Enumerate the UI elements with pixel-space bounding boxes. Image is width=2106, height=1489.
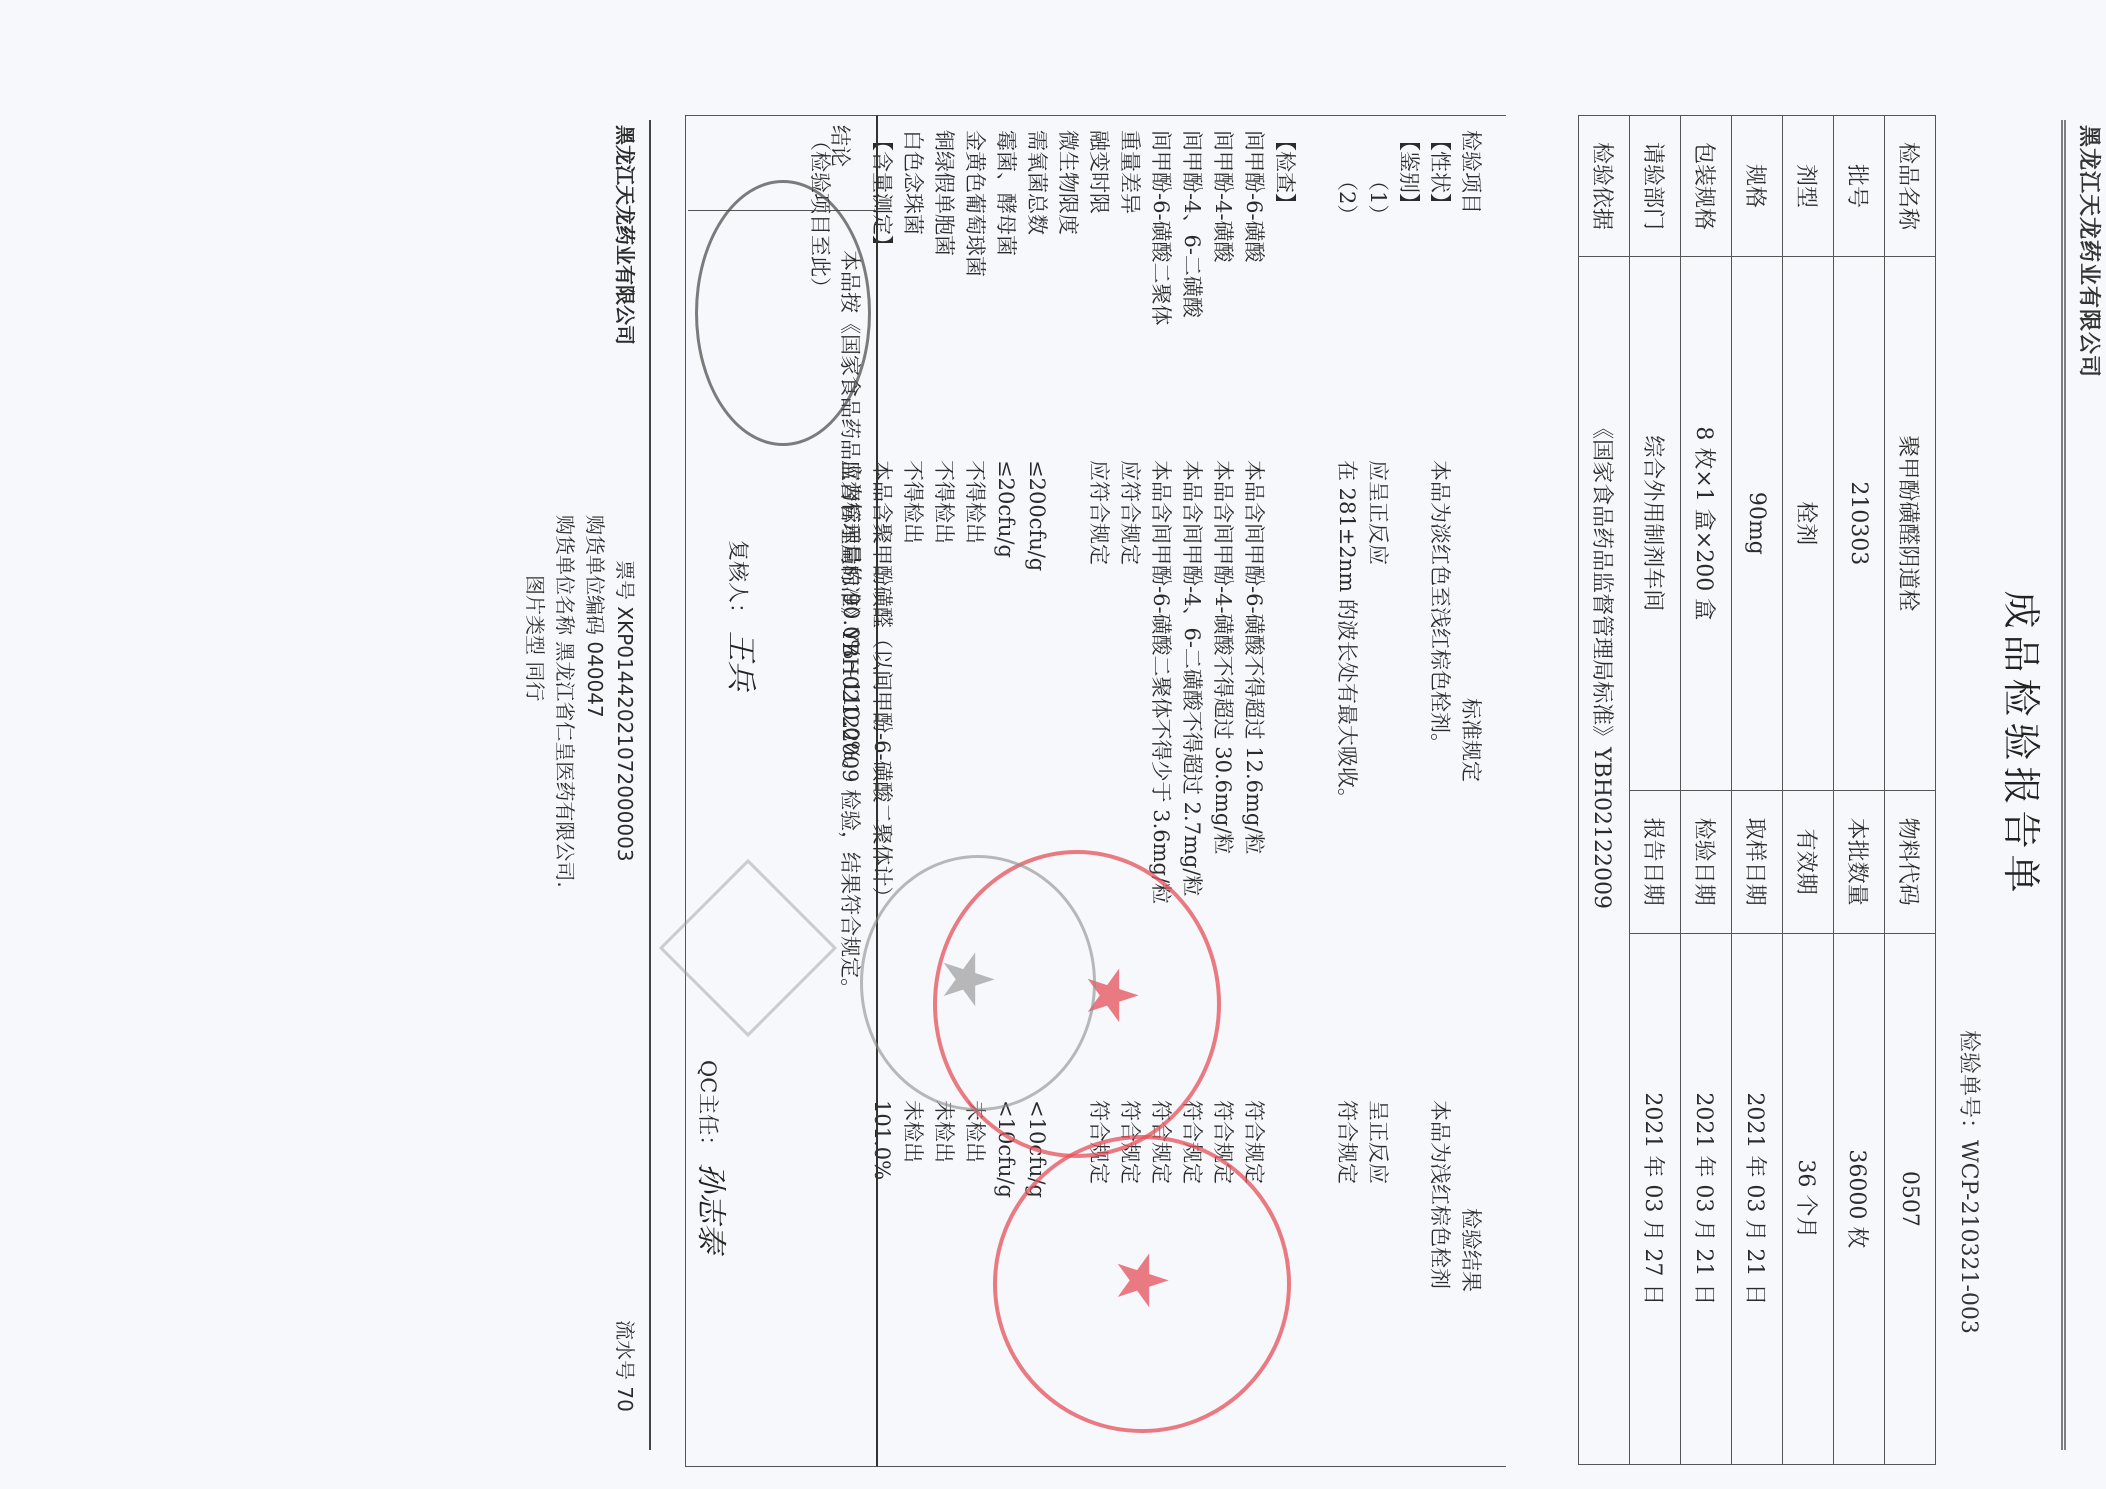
info-label: 包装规格: [1681, 116, 1732, 257]
test-item: 间甲酚-6-磺酸二聚体: [1145, 130, 1176, 326]
test-result: [1393, 1100, 1424, 1400]
test-item: 微生物限度: [1052, 130, 1083, 326]
info-label2: 取样日期: [1732, 790, 1783, 933]
report-number: 检验单号：WCP-210321-003: [1955, 1030, 1986, 1334]
info-label: 剂型: [1783, 116, 1834, 257]
test-result: [1052, 1100, 1083, 1400]
info-label: 规格: [1732, 116, 1783, 257]
test-item: （2）: [1331, 130, 1362, 326]
inspection-report-page: 黑龙江天龙药业有限公司 成品检验报告单 检验单号：WCP-210321-003 …: [0, 0, 2106, 1489]
test-item: 霉菌、酵母菌: [990, 130, 1021, 326]
info-label: 请验部门: [1630, 116, 1681, 257]
info-row: 请验部门综合外用制剂车间报告日期2021 年 03 月 27 日: [1630, 116, 1681, 1465]
buyer-name-label: 购货单位名称: [553, 515, 577, 635]
test-result: <10cfu/g: [1021, 1100, 1052, 1400]
info-value: 聚甲酚磺醛阴道栓: [1885, 257, 1936, 790]
test-result: [1300, 1100, 1331, 1400]
test-item: 需氧菌总数: [1021, 130, 1052, 326]
conclusion-label: 结论: [826, 125, 856, 205]
test-item: 间甲酚-4-磺酸: [1207, 130, 1238, 326]
info-row: 剂型栓剂有效期36 个月: [1783, 116, 1834, 1465]
test-standard: 本品含间甲酚-6-磺酸不得超过 12.6mg/粒: [1238, 460, 1269, 1020]
test-standard: 不得检出: [959, 460, 990, 1020]
test-result: 符合规定: [1114, 1100, 1145, 1400]
qc-label: QC主任：: [696, 1060, 720, 1156]
qc-signature: 孙志泰: [693, 1163, 728, 1253]
test-standard: 应符合规定: [1114, 460, 1145, 1020]
test-item: 白色念珠菌: [897, 130, 928, 326]
ticket-label: 票号: [613, 560, 637, 600]
info-value2: 36 个月: [1783, 933, 1834, 1464]
qc-director: QC主任： 孙志泰: [692, 1060, 736, 1253]
footer-buyer-name: 购货单位名称 黑龙江省仁皇医药有限公司.: [552, 515, 581, 888]
test-result: 符合规定: [1238, 1100, 1269, 1400]
results-column: 检验结果 本品为浅红棕色栓剂呈正反应符合规定符合规定符合规定符合规定符合规定符合…: [804, 1100, 1486, 1400]
info-value2: 0507: [1885, 933, 1936, 1464]
items-header: 检验项目: [1455, 130, 1486, 326]
buyer-name-value: 黑龙江省仁皇医药有限公司.: [553, 641, 577, 887]
info-label: 检品名称: [1885, 116, 1936, 257]
test-result: 呈正反应: [1362, 1100, 1393, 1400]
test-item: 金黄色葡萄球菌: [959, 130, 990, 326]
test-result: 符合规定: [1207, 1100, 1238, 1400]
results-header: 检验结果: [1455, 1100, 1486, 1400]
footer-company: 黑龙江天龙药业有限公司: [612, 125, 641, 345]
test-item: 铜绿假单胞菌: [928, 130, 959, 326]
test-item: 【性状】: [1424, 130, 1455, 326]
test-standard: 本品含间甲酚-6-磺酸二聚体不得少于 3.6mg/粒: [1145, 460, 1176, 1020]
basis-label: 检验依据: [1579, 116, 1630, 257]
test-result: 未检出: [897, 1100, 928, 1400]
info-label: 批号: [1834, 116, 1885, 257]
info-row: 规格90mg取样日期2021 年 03 月 21 日: [1732, 116, 1783, 1465]
product-info-table: 检品名称聚甲酚磺醛阴道栓物料代码0507批号210303本批数量36000 枚剂…: [1578, 115, 1936, 1465]
test-item: （1）: [1362, 130, 1393, 326]
test-standard: 应呈正反应: [1362, 460, 1393, 1020]
info-label2: 物料代码: [1885, 790, 1936, 933]
conclusion-text: 本品按《国家食品药品监督管理局标准》YBH02122009 检验，结果符合规定。: [836, 250, 866, 999]
header-company-name: 黑龙江天龙药业有限公司: [2075, 125, 2106, 378]
reviewer-label: 复核人：: [726, 540, 750, 624]
info-label2: 本批数量: [1834, 790, 1885, 933]
test-standard: [1393, 460, 1424, 1020]
report-number-value: WCP-210321-003: [1956, 1140, 1981, 1334]
test-result: [1269, 1100, 1300, 1400]
test-item: 融变时限: [1083, 130, 1114, 326]
footer-image-type: 图片类型 同行: [522, 575, 551, 701]
info-row: 检品名称聚甲酚磺醛阴道栓物料代码0507: [1885, 116, 1936, 1465]
test-standard: ≤200cfu/g: [1021, 460, 1052, 1020]
test-standard: 应符合规定: [1083, 460, 1114, 1020]
report-number-label: 检验单号：: [1956, 1030, 1981, 1140]
test-item: 【鉴别】: [1393, 130, 1424, 326]
info-label2: 有效期: [1783, 790, 1834, 933]
test-standard: 在 281±2nm 的波长处有最大吸收。: [1331, 460, 1362, 1020]
basis-value: 《国家食品药品监督管理局标准》YBH02122009: [1579, 257, 1630, 1465]
test-result: 符合规定: [1331, 1100, 1362, 1400]
ticket-value: XKP01442021072000003: [613, 606, 637, 861]
info-value2: 36000 枚: [1834, 933, 1885, 1464]
buyer-code-label: 购货单位编码: [583, 515, 607, 635]
footer-ticket: 票号 XKP01442021072000003: [612, 560, 641, 862]
test-result: 本品为浅红棕色栓剂: [1424, 1100, 1455, 1400]
test-standard: [1300, 460, 1331, 1020]
test-standard: [1052, 460, 1083, 1020]
test-item: 间甲酚-6-磺酸: [1238, 130, 1269, 326]
serial-value: 70: [613, 1386, 637, 1411]
test-result: 未检出: [928, 1100, 959, 1400]
test-item: 重量差异: [1114, 130, 1145, 326]
standards-header: 标准规定: [1455, 460, 1486, 1020]
info-value: 210303: [1834, 257, 1885, 790]
test-standard: [1269, 460, 1300, 1020]
info-value2: 2021 年 03 月 21 日: [1732, 933, 1783, 1464]
test-standard: 本品为淡红色至浅红棕色栓剂。: [1424, 460, 1455, 1020]
test-standard: 本品含间甲酚-4、6-二磺酸不得超过 2.7mg/粒: [1176, 460, 1207, 1020]
info-value: 90mg: [1732, 257, 1783, 790]
buyer-code-value: 040047: [583, 641, 607, 717]
info-value: 8 枚×1 盒×200 盒: [1681, 257, 1732, 790]
footer-rule: [649, 120, 651, 1450]
header-rule: [2061, 120, 2066, 1450]
conclusion-divider: [688, 210, 878, 211]
info-value2: 2021 年 03 月 21 日: [1681, 933, 1732, 1464]
reviewer-signature: 王兵: [723, 631, 758, 691]
basis-row: 检验依据《国家食品药品监督管理局标准》YBH02122009: [1579, 116, 1630, 1465]
test-result: <10cfu/g: [990, 1100, 1021, 1400]
test-result: 符合规定: [1176, 1100, 1207, 1400]
footer-buyer-code: 购货单位编码 040047: [582, 515, 611, 718]
report-title: 成品检验报告单: [1997, 0, 2052, 1489]
info-value2: 2021 年 03 月 27 日: [1630, 933, 1681, 1464]
info-value: 栓剂: [1783, 257, 1834, 790]
info-label2: 报告日期: [1630, 790, 1681, 933]
test-standard: 不得检出: [928, 460, 959, 1020]
test-items-column: 检验项目 【性状】【鉴别】（1）（2）【检查】间甲酚-6-磺酸间甲酚-4-磺酸间…: [804, 130, 1486, 326]
info-value: 综合外用制剂车间: [1630, 257, 1681, 790]
test-item: [1300, 130, 1331, 326]
footer-serial: 流水号 70: [612, 1320, 641, 1412]
test-standard: 本品含间甲酚-4-磺酸不得超过 30.6mg/粒: [1207, 460, 1238, 1020]
test-item: 间甲酚-4、6-二磺酸: [1176, 130, 1207, 326]
test-standard: ≤20cfu/g: [990, 460, 1021, 1020]
standards-column: 标准规定 本品为淡红色至浅红棕色栓剂。应呈正反应在 281±2nm 的波长处有最…: [804, 460, 1486, 1020]
info-label2: 检验日期: [1681, 790, 1732, 933]
test-result: 符合规定: [1145, 1100, 1176, 1400]
serial-label: 流水号: [613, 1320, 637, 1380]
test-result: 未检出: [959, 1100, 990, 1400]
test-item: 【检查】: [1269, 130, 1300, 326]
test-result: 符合规定: [1083, 1100, 1114, 1400]
info-row: 批号210303本批数量36000 枚: [1834, 116, 1885, 1465]
reviewer: 复核人： 王兵: [722, 540, 766, 691]
info-row: 包装规格8 枚×1 盒×200 盒检验日期2021 年 03 月 21 日: [1681, 116, 1732, 1465]
test-standard: 不得检出: [897, 460, 928, 1020]
